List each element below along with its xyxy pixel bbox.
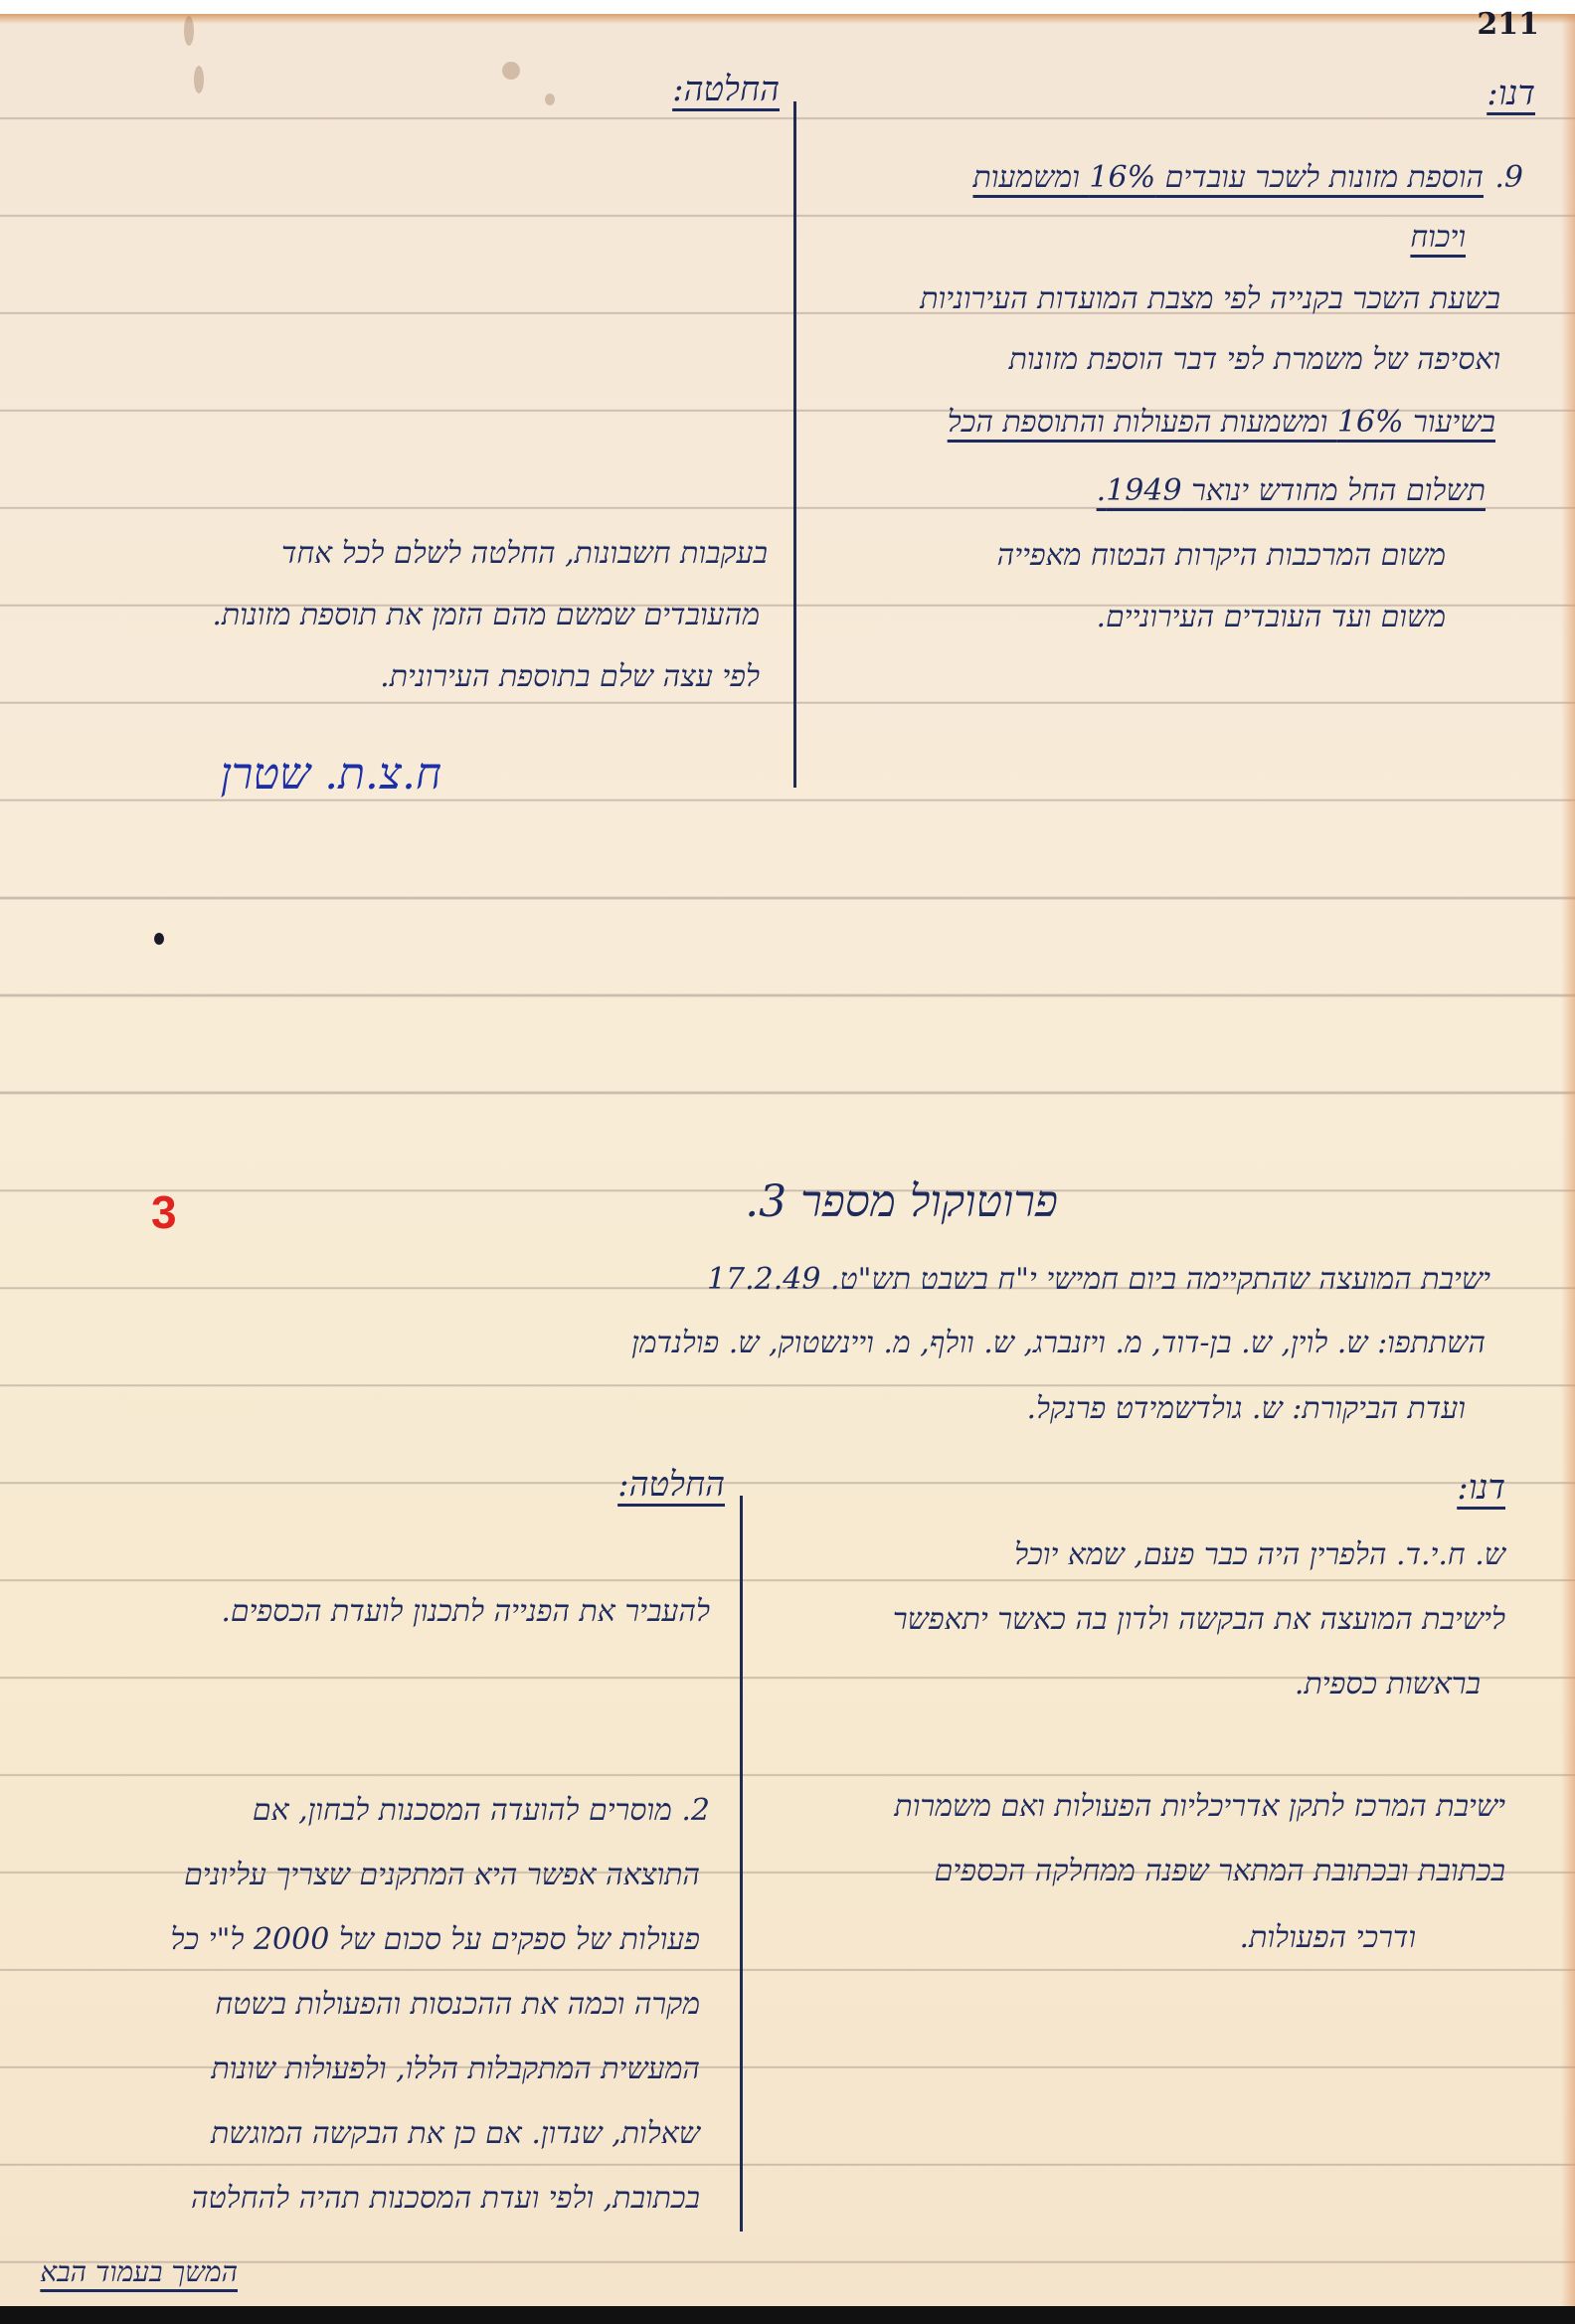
section-marker: 3 [151,1185,177,1239]
stain [194,66,204,93]
discussion-line: תשלום החל מחודש ינואר 1949. [1097,466,1486,515]
column-divider [793,101,796,788]
stain [502,62,520,80]
decision-line: שאלות, שנדון. אם כן את הבקשה המוגשת [211,2109,700,2158]
column-divider [740,1496,743,2232]
item-title-line: ויכוח [1410,213,1466,262]
discussion-line: משום ועד העובדים העירוניים. [1096,593,1446,641]
decision-line: התוצאה אפשר היא המתקנים שצריך עליונים [184,1851,700,1899]
session-line: ישיבת המועצה שהתקיימה ביום חמישי י"ח בשב… [707,1255,1490,1304]
secretary-line: ועדת הביקורת: ש. גולדשמידט פרנקל. [1026,1384,1466,1433]
decision-line: 2. מוסרים להועדה המסכנות לבחון, אם [253,1786,710,1835]
discussion-line: ש. ח.י.ד. הלפרין היה כבר פעם, שמא יוכל [1014,1530,1505,1579]
decision-line: בכתובת, ולפי ועדת המסכנות תהיה להחלטה [191,2174,700,2223]
discussion-heading: דנו: [1457,1464,1505,1513]
item-title-line: הוספת מזונות לשכר עובדים 16% ומשמעות [972,153,1484,202]
discussion-line: משום המרכבות היקרות הבטוח מאפייה [997,531,1446,580]
stain [545,93,555,105]
decision-line: בעקבות חשבונות, החלטה לשלם לכל אחד [281,529,768,578]
stain [184,16,194,46]
signature: ח.צ.ת. שטרן [221,750,441,799]
page-number: 211 [1477,0,1539,49]
discussion-heading: דנו: [1487,70,1535,118]
discussion-line: בשיעור 16% ומשמעות הפעולות והתוספת הכל [948,398,1495,447]
decision-line: המעשית המתקבלות הללו, ולפעולות שונות [211,2045,700,2093]
decision-line: לפי עצה שלם בתוספת העירונית. [380,652,760,701]
discussion-line: ודרכי הפעולות. [1240,1913,1416,1962]
ledger-page: 211 דנו: החלטה: 9. הוספת מזונות לשכר עוב… [0,14,1575,2306]
discussion-line: לישיבת המועצה את הבקשה ולדון בה כאשר יתא… [893,1595,1505,1644]
item-number: 9. [1494,153,1523,202]
discussion-line: בשעת השכר בקנייה לפי מצבת המועדות העירונ… [920,274,1500,323]
protocol-title: פרוטוקול מספר 3. [745,1177,1058,1226]
decision-line: פעולות של ספקים על סכום של 2000 ל"י כל [170,1915,700,1964]
decision-line: להעביר את הפנייה לתכנון לועדת הכספים. [221,1587,710,1636]
participants-line: השתתפו: ש. לוין, ש. בן-דוד, מ. ויזנברג, … [631,1319,1486,1367]
decision-heading: החלטה: [672,66,780,114]
continuation-note: המשך בעמוד הבא [40,2247,238,2296]
decision-line: מקרה וכמה את ההכנסות והפעולות בשטח [215,1980,700,2029]
decision-line: מהעובדים שמשם מהם הזמן את תוספת מזונות. [212,591,760,639]
ink-dot [154,933,164,945]
discussion-line: ישיבת המרכז לתקן אדריכליות הפעולות ואם מ… [894,1782,1505,1831]
discussion-line: ואסיפה של משמרת לפי דבר הוספת מזונות [1009,335,1500,384]
discussion-line: בכתובת ובכתובת המתאר שפנה ממחלקה הכספים [935,1847,1505,1895]
decision-heading: החלטה: [617,1461,725,1510]
discussion-line: בראשות כספית. [1295,1660,1481,1708]
scan-edge [0,2306,1575,2324]
